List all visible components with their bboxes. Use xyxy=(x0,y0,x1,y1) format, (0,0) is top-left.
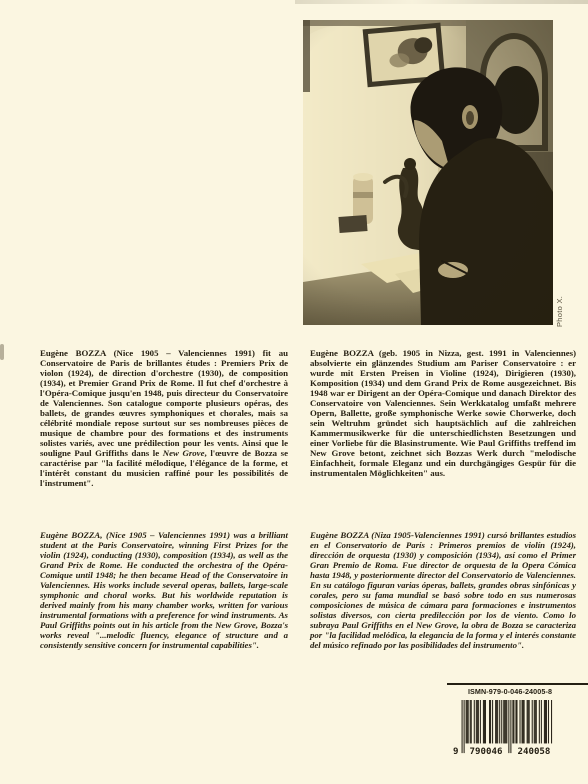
bio-french-text: Eugène BOZZA (Nice 1905 – Valenciennes 1… xyxy=(40,348,288,458)
bio-paragraph-english: Eugène BOZZA, (Nice 1905 – Valenciennes … xyxy=(40,530,288,650)
barcode-digit-left-group: 790046 xyxy=(470,747,503,756)
bio-paragraph-french: Eugène BOZZA (Nice 1905 – Valenciennes 1… xyxy=(40,348,288,488)
bio-french-newgrove-italic: New Grove xyxy=(163,448,205,458)
ismn-rule-line xyxy=(447,683,588,685)
barcode-digit-right-group: 240058 xyxy=(518,747,551,756)
bio-paragraph-spanish: Eugène BOZZA (Niza 1905-Valenciennes 199… xyxy=(310,530,576,650)
scan-edge-smudge xyxy=(295,0,588,4)
photo-vignette xyxy=(303,20,553,325)
photo-illustration xyxy=(303,20,553,325)
back-cover-page: Photo X. Eugène BOZZA (Nice 1905 – Valen… xyxy=(0,0,588,784)
barcode-digit-lead: 9 xyxy=(453,747,458,756)
barcode-bars: 9 790046 240058 xyxy=(451,700,568,756)
ean-barcode: 9 790046 240058 xyxy=(451,700,568,756)
scan-edge-smudge xyxy=(0,344,4,360)
ismn-number: ISMN-979-0-046-24005-8 xyxy=(445,687,575,696)
bio-paragraph-german: Eugène BOZZA (geb. 1905 in Nizza, gest. … xyxy=(310,348,576,478)
bozza-photo xyxy=(303,20,553,325)
photo-credit-caption: Photo X. xyxy=(555,283,567,327)
